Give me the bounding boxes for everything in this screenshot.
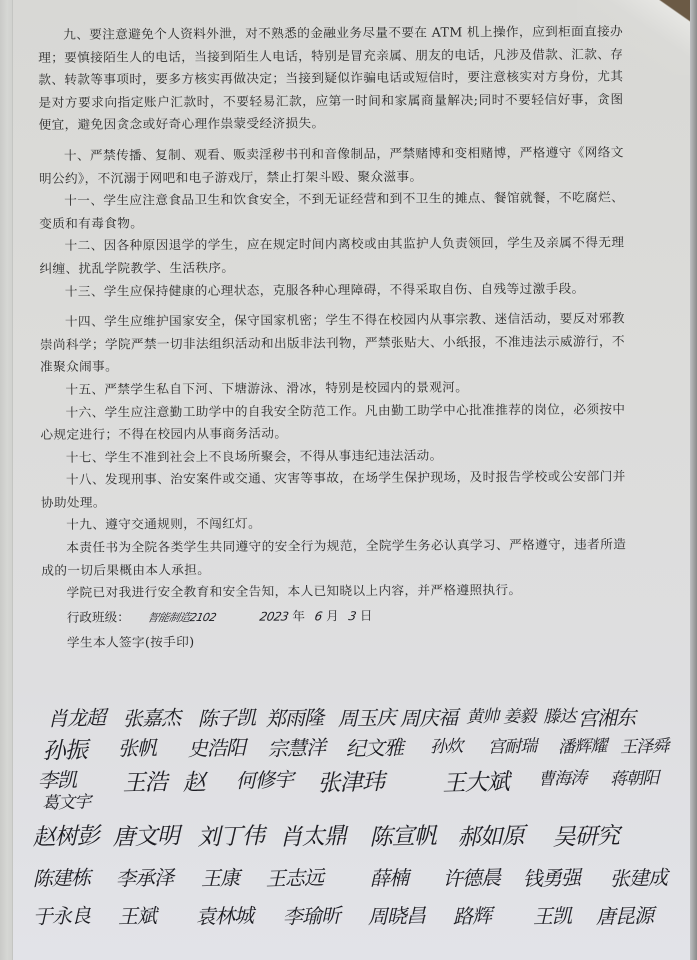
signature: 纪文雅	[345, 731, 409, 761]
signature: 李瑜昕	[282, 899, 346, 929]
clause-12: 十二、因各种原因退学的学生，应在规定时间内离校或由其监护人负责领回，学生及亲属不…	[39, 232, 624, 281]
signature: 宫耐瑞	[487, 731, 541, 757]
signature: 陈宣帆	[368, 817, 442, 852]
signature: 蒋朝阳	[609, 763, 663, 789]
signature: 曹海涛	[537, 763, 591, 789]
signature: 王斌	[117, 900, 162, 930]
month-label: 月	[326, 605, 339, 628]
signature: 史浩阳	[187, 731, 251, 761]
clause-10: 十、严禁传播、复制、观看、贩卖淫秽书刊和音像制品，严禁赌博和变相赌博，严格遵守《…	[39, 141, 624, 190]
signature: 孙炊	[429, 732, 467, 758]
year-label: 年	[292, 605, 305, 628]
signature: 何修宇	[235, 763, 299, 793]
signature: 吴研究	[551, 817, 625, 852]
signature: 李承泽	[115, 861, 179, 891]
signature: 路辉	[452, 900, 497, 930]
document-photo: 九、要注意避免个人资料外泄，对不熟悉的金融业务尽量不要在 ATM 机上操作，应到…	[0, 0, 697, 960]
signature: 袁林城	[195, 899, 259, 929]
signature: 滕达	[542, 702, 580, 728]
signature: 肖龙超	[47, 701, 111, 731]
class-value-handwritten: 智能制造2102	[145, 607, 218, 630]
day-label: 日	[360, 605, 373, 628]
signature: 姜毅	[502, 702, 540, 728]
clause-14: 十四、学生应维护国家安全，保守国家机密；学生不得在校园内从事宗教、迷信活动，要反…	[40, 308, 625, 379]
signature: 黄帅	[465, 702, 503, 728]
signature: 郝如原	[456, 817, 530, 852]
signature: 王泽舜	[619, 731, 673, 757]
signature: 赵	[181, 764, 210, 798]
signature: 孙振	[41, 731, 93, 765]
signature: 周晓昌	[367, 899, 431, 929]
month-handwritten: 6	[313, 605, 324, 628]
signature: 周庆福	[399, 701, 463, 731]
signature: 张建成	[609, 861, 673, 891]
class-label: 行政班级：	[67, 606, 130, 629]
signature-label: 学生本人签字(按手印)	[42, 629, 627, 655]
clause-11: 十一、学生应注意食品卫生和饮食安全，不到无证经营和到不卫生的摊点、餐馆就餐，不吃…	[39, 187, 624, 236]
day-handwritten: 3	[347, 605, 358, 628]
signature: 赵树彭	[31, 817, 105, 852]
signature: 葛文宇	[41, 787, 95, 813]
safety-responsibility-document: 九、要注意避免个人资料外泄，对不熟悉的金融业务尽量不要在 ATM 机上操作，应到…	[38, 20, 627, 655]
responsibility-statement: 本责任书为全院各类学生共同遵守的安全行为规范，全院学生务必认真学习、严格遵守，违…	[41, 533, 626, 582]
signature: 潘辉耀	[557, 731, 611, 757]
signature: 宗慧洋	[267, 731, 331, 761]
signature: 陈子凯	[197, 701, 261, 731]
signature: 王志远	[265, 861, 329, 891]
signature: 刘丁伟	[196, 817, 270, 852]
clause-18: 十八、发现刑事、治安案件或交通、灾害等事故，在场学生保护现场，及时报告学校或公安…	[41, 466, 626, 515]
clause-13: 十三、学生应保持健康的心理状态，克服各种心理障碍，不得采取自伤、自残等过激手段。	[40, 277, 625, 303]
signature: 唐昆源	[595, 899, 659, 929]
acknowledgement-statement: 学院已对我进行安全教育和安全告知，本人已知晓以上内容，并严格遵照执行。	[41, 579, 626, 605]
signature: 钱勇强	[522, 861, 586, 891]
signature: 陈建栋	[32, 861, 96, 891]
signature: 王浩	[121, 763, 173, 797]
signature: 薛楠	[369, 862, 414, 892]
signature: 郑雨隆	[265, 701, 329, 731]
date-field: 2023 年 6 月 3 日	[260, 605, 373, 628]
signature: 张帆	[117, 732, 162, 762]
signature: 许德晨	[442, 861, 506, 891]
clause-16: 十六、学生应注意勤工助学中的自我安全防范工作。凡由勤工助学中心批准推荐的岗位，必…	[40, 398, 625, 447]
signature: 王大斌	[441, 763, 515, 798]
signature: 王凯	[532, 900, 577, 930]
signature: 于永良	[32, 899, 96, 929]
class-and-date-line: 行政班级： 智能制造2102 2023 年 6 月 3 日	[42, 603, 627, 630]
signature: 张嘉杰	[122, 701, 186, 731]
signature-area: 肖龙超 张嘉杰 陈子凯 郑雨隆 周玉庆 周庆福 黄帅 姜毅 滕达 宫湘东 孙振 …	[0, 700, 697, 960]
year-handwritten: 2023	[258, 605, 290, 628]
signature: 宫湘东	[577, 701, 641, 731]
signature: 唐文明	[111, 817, 185, 852]
signature: 张津玮	[316, 763, 390, 798]
clause-9: 九、要注意避免个人资料外泄，对不熟悉的金融业务尽量不要在 ATM 机上操作，应到…	[38, 20, 624, 137]
signature: 周玉庆	[337, 701, 401, 731]
signature: 王康	[200, 862, 245, 892]
signature: 肖太鼎	[278, 817, 352, 852]
